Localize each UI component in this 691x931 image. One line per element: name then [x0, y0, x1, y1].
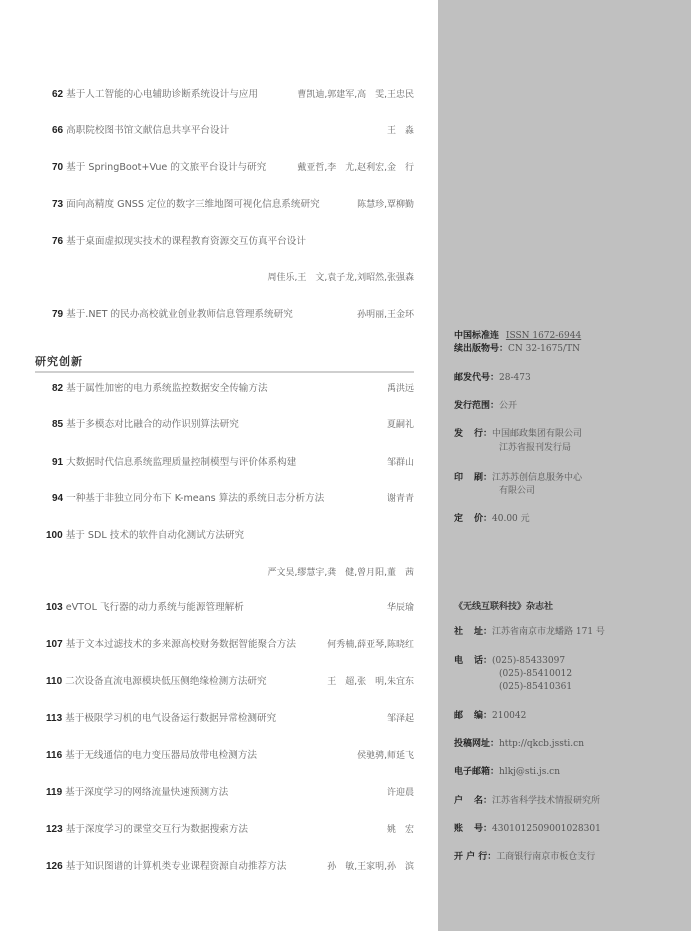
article-title: 大数据时代信息系统监理质量控制模型与评价体系构建 [66, 457, 296, 468]
page-number: 119 [46, 787, 62, 798]
submission-label: 投稿网址： [454, 739, 499, 749]
phone-label: 电话： [454, 655, 492, 668]
postal-code-value: 28-473 [499, 373, 531, 383]
postal-code-label: 邮发代号： [454, 373, 499, 383]
bank-row: 开 户 行：工商银行南京市板仓支行 [454, 851, 595, 864]
account-number-value: 4301012509001028301 [492, 824, 601, 834]
issn-value: ISSN 1672-6944 [506, 331, 581, 341]
article-authors: 王 超,张 明,朱宜东 [327, 675, 414, 689]
phone-row: 电话：(025)-85433097 [454, 655, 565, 668]
toc-entry[interactable]: 123基于深度学习的课堂交互行为数据搜索方法 姚 宏 [46, 823, 414, 837]
article-title: 二次设备直流电源模块低压侧绝缘检测方法研究 [65, 676, 266, 687]
page-number: 85 [52, 419, 63, 430]
article-title: 基于 SpringBoot+Vue 的文旅平台设计与研究 [66, 162, 266, 173]
cn-value: CN 32-1675/TN [508, 344, 580, 354]
toc-entry[interactable]: 91大数据时代信息系统监理质量控制模型与评价体系构建 邹群山 [52, 456, 414, 470]
toc-entry[interactable]: 73面向高精度 GNSS 定位的数字三维地图可视化信息系统研究 陈慧珍,覃柳勤 [52, 198, 414, 212]
magazine-name: 《无线互联科技》杂志社 [454, 599, 553, 612]
article-title: 基于无线通信的电力变压器局放带电检测方法 [65, 750, 257, 761]
article-authors: 周佳乐,王 文,袁子龙,刘昭然,张强森 [52, 271, 414, 285]
page-number: 100 [46, 530, 63, 541]
price-label: 定价： [454, 513, 492, 526]
toc-entry[interactable]: 116基于无线通信的电力变压器局放带电检测方法 侯驰骋,师延飞 [46, 749, 414, 763]
article-title: 基于深度学习的网络流量快速预测方法 [65, 787, 228, 798]
toc-entry[interactable]: 94一种基于非独立同分布下 K-means 算法的系统日志分析方法 谢青青 [52, 492, 414, 506]
article-title: 基于知识图谱的计算机类专业课程资源自动推荐方法 [66, 861, 287, 872]
article-authors: 许迎晨 [387, 786, 414, 800]
page-number: 91 [52, 457, 63, 468]
toc-entry[interactable]: 70基于 SpringBoot+Vue 的文旅平台设计与研究 戴亚哲,李 尤,赵… [52, 161, 414, 175]
article-title: 一种基于非独立同分布下 K-means 算法的系统日志分析方法 [66, 493, 324, 504]
toc-entry[interactable]: 76基于桌面虚拟现实技术的课程教育资源交互仿真平台设计 [52, 235, 414, 249]
page-number: 103 [46, 602, 63, 613]
printer-row: 印刷：江苏苏创信息服务中心 [454, 472, 582, 485]
page-number: 76 [52, 236, 63, 247]
account-number-label: 账号： [454, 823, 492, 836]
address-label: 社址： [454, 626, 492, 639]
article-title: 基于 SDL 技术的软件自动化测试方法研究 [66, 530, 244, 541]
bank-label: 开 户 行： [454, 852, 496, 862]
article-authors: 姚 宏 [387, 823, 414, 837]
article-authors: 何秀楠,薛亚琴,陈晓红 [327, 638, 414, 652]
phone-value: (025)-85410012 [499, 668, 572, 681]
article-title: 基于文本过滤技术的多来源高校财务数据智能聚合方法 [66, 639, 296, 650]
page-number: 126 [46, 861, 63, 872]
page-number: 70 [52, 162, 63, 173]
article-title: 面向高精度 GNSS 定位的数字三维地图可视化信息系统研究 [66, 199, 320, 210]
article-authors: 孙明丽,王金环 [357, 308, 414, 322]
postal-code-row: 邮发代号：28-473 [454, 372, 531, 385]
page-number: 94 [52, 493, 63, 504]
toc-entry[interactable]: 107基于文本过滤技术的多来源高校财务数据智能聚合方法 何秀楠,薛亚琴,陈晓红 [46, 638, 414, 652]
article-title: 高职院校图书馆文献信息共享平台设计 [66, 125, 229, 136]
address-value: 江苏省南京市龙蟠路 171 号 [492, 627, 605, 637]
account-name-value: 江苏省科学技术情报研究所 [492, 796, 600, 806]
phone-value: (025)-85410361 [499, 681, 572, 694]
toc-entry[interactable]: 85基于多模态对比融合的动作识别算法研究 夏嗣礼 [52, 418, 414, 432]
article-authors: 邹泽起 [387, 712, 414, 726]
article-authors: 谢青青 [387, 492, 414, 506]
price-value: 40.00 元 [492, 514, 530, 524]
email-label: 电子邮箱： [454, 767, 499, 777]
issn-row: 中国标准连 ISSN 1672-6944 [454, 330, 581, 343]
article-title: 基于多模态对比融合的动作识别算法研究 [66, 419, 239, 430]
page-number: 113 [46, 713, 62, 724]
cn-row: 续出版物号：CN 32-1675/TN [454, 343, 580, 356]
phone-value: (025)-85433097 [492, 656, 565, 666]
bank-value: 工商银行南京市板仓支行 [496, 852, 595, 862]
article-title: eVTOL 飞行器的动力系统与能源管理解析 [66, 602, 244, 613]
article-title: 基于人工智能的心电辅助诊断系统设计与应用 [66, 89, 258, 100]
zip-value: 210042 [492, 711, 526, 721]
distribution-row: 发行范围：公开 [454, 400, 517, 413]
distribution-value: 公开 [499, 401, 517, 411]
article-title: 基于桌面虚拟现实技术的课程教育资源交互仿真平台设计 [66, 236, 306, 247]
article-authors: 邹群山 [387, 456, 414, 470]
distribution-label: 发行范围： [454, 401, 499, 411]
article-title: 基于极限学习机的电气设备运行数据异常检测研究 [65, 713, 276, 724]
page-number: 82 [52, 383, 63, 394]
toc-entry[interactable]: 66高职院校图书馆文献信息共享平台设计 王 淼 [52, 124, 414, 138]
page-number: 73 [52, 199, 63, 210]
article-authors: 夏嗣礼 [387, 418, 414, 432]
publisher-value: 中国邮政集团有限公司 [492, 429, 582, 439]
article-title: 基于深度学习的课堂交互行为数据搜索方法 [66, 824, 248, 835]
toc-entry[interactable]: 79基于.NET 的民办高校就业创业教师信息管理系统研究 孙明丽,王金环 [52, 308, 414, 322]
toc-entry[interactable]: 103eVTOL 飞行器的动力系统与能源管理解析 华辰瑜 [46, 601, 414, 615]
email-value[interactable]: hlkj@sti.js.cn [499, 767, 560, 777]
page-number: 62 [52, 89, 63, 100]
toc-entry[interactable]: 62基于人工智能的心电辅助诊断系统设计与应用 曹凯迪,郭建军,高 雯,王忠民 [52, 88, 414, 102]
submission-url[interactable]: http://qkcb.jssti.cn [499, 739, 584, 749]
page-number: 116 [46, 750, 62, 761]
toc-entry[interactable]: 113基于极限学习机的电气设备运行数据异常检测研究 邹泽起 [46, 712, 414, 726]
page-number: 66 [52, 125, 63, 136]
address-row: 社址：江苏省南京市龙蟠路 171 号 [454, 626, 605, 639]
account-name-row: 户名：江苏省科学技术情报研究所 [454, 795, 600, 808]
page-number: 123 [46, 824, 63, 835]
article-authors: 王 淼 [387, 124, 414, 138]
printer-value-cont: 有限公司 [499, 485, 535, 498]
toc-entry[interactable]: 110二次设备直流电源模块低压侧绝缘检测方法研究 王 超,张 明,朱宜东 [46, 675, 414, 689]
submission-row: 投稿网址：http://qkcb.jssti.cn [454, 738, 584, 751]
toc-entry[interactable]: 126基于知识图谱的计算机类专业课程资源自动推荐方法 孙 敏,王家明,孙 滨 [46, 860, 414, 874]
article-authors: 禹洪远 [387, 382, 414, 396]
publisher-row: 发行：中国邮政集团有限公司 [454, 428, 582, 441]
issn-label: 中国标准连 [454, 331, 499, 341]
article-authors: 孙 敏,王家明,孙 滨 [327, 860, 414, 874]
article-authors: 戴亚哲,李 尤,赵利宏,金 行 [297, 161, 414, 175]
zip-row: 邮编：210042 [454, 710, 526, 723]
publisher-value-cont: 江苏省报刊发行局 [499, 442, 571, 455]
article-title: 基于属性加密的电力系统监控数据安全传输方法 [66, 383, 267, 394]
section-heading: 研究创新 [35, 353, 415, 369]
cn-label: 续出版物号： [454, 344, 508, 354]
account-number-row: 账号：4301012509001028301 [454, 823, 601, 836]
section-divider [35, 371, 414, 373]
toc-entry[interactable]: 119基于深度学习的网络流量快速预测方法 许迎晨 [46, 786, 414, 800]
article-authors: 侯驰骋,师延飞 [357, 749, 414, 763]
page-number: 79 [52, 309, 63, 320]
article-authors: 严文昊,缪慧宇,龚 健,曾月阳,董 茜 [52, 566, 414, 580]
table-of-contents: 62基于人工智能的心电辅助诊断系统设计与应用 曹凯迪,郭建军,高 雯,王忠民 6… [0, 0, 438, 931]
printer-label: 印刷： [454, 472, 492, 485]
page-number: 107 [46, 639, 63, 650]
publisher-label: 发行： [454, 428, 492, 441]
price-row: 定价：40.00 元 [454, 513, 530, 526]
article-title: 基于.NET 的民办高校就业创业教师信息管理系统研究 [66, 309, 293, 320]
article-authors: 华辰瑜 [387, 601, 414, 615]
printer-value: 江苏苏创信息服务中心 [492, 473, 582, 483]
toc-entry[interactable]: 100基于 SDL 技术的软件自动化测试方法研究 [46, 529, 414, 543]
zip-label: 邮编： [454, 710, 492, 723]
email-row: 电子邮箱：hlkj@sti.js.cn [454, 766, 560, 779]
account-name-label: 户名： [454, 795, 492, 808]
toc-entry[interactable]: 82基于属性加密的电力系统监控数据安全传输方法 禹洪远 [52, 382, 414, 396]
page-number: 110 [46, 676, 62, 687]
article-authors: 曹凯迪,郭建军,高 雯,王忠民 [297, 88, 414, 102]
publication-info-panel: 中国标准连 ISSN 1672-6944 续出版物号：CN 32-1675/TN… [438, 0, 691, 931]
article-authors: 陈慧珍,覃柳勤 [357, 198, 414, 212]
